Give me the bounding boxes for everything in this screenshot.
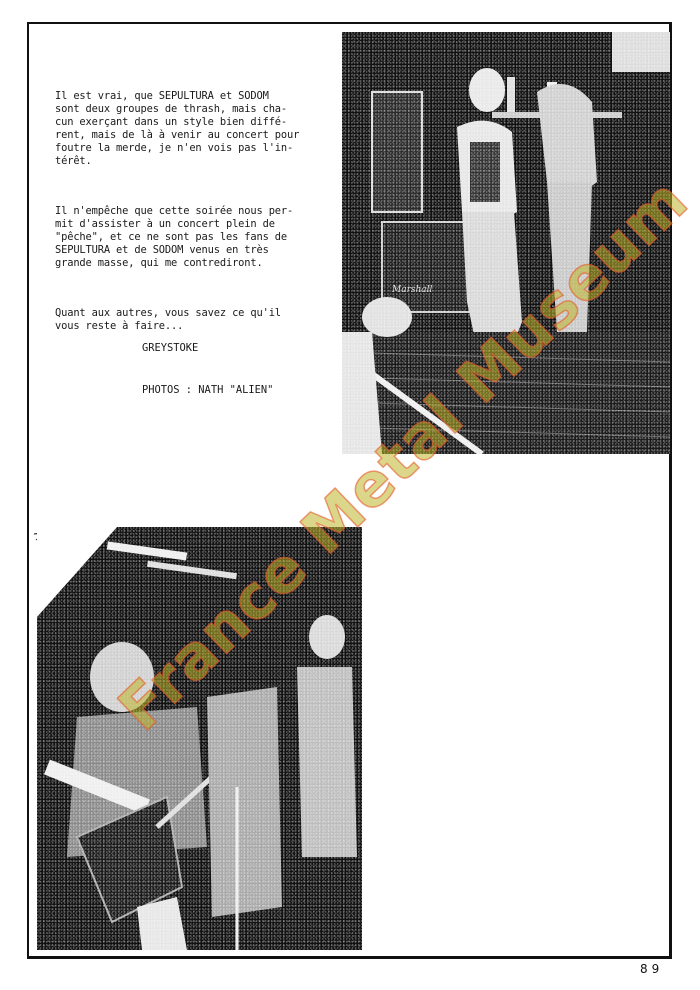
line: foutre la merde, je n'en vois pas l'in- [55,142,293,154]
credits: GREYSTOKE PHOTOS : NATH "ALIEN" [142,313,273,411]
line: térêt. [55,155,92,167]
photo-grain [342,32,670,454]
photo-grain [37,527,362,950]
page-number: 89 [640,962,663,976]
paragraph-2: Il n'empêche que cette soirée nous per- … [55,205,345,270]
line: SEPULTURA et de SODOM venus en très [55,244,269,256]
author-name: GREYSTOKE [142,341,273,355]
line: mit d'assister à un concert plein de [55,218,275,230]
line: grande masse, qui me contrediront. [55,257,263,269]
line: Il est vrai, que SEPULTURA et SODOM [55,90,269,102]
line: "pêche", et ce ne sont pas les fans de [55,231,287,243]
concert-photo-top: Marshall [342,32,670,454]
line: sont deux groupes de thrash, mais cha- [55,103,287,115]
line: rent, mais de là à venir au concert pour [55,129,299,141]
concert-photo-bottom [37,527,362,950]
photo-credit: PHOTOS : NATH "ALIEN" [142,383,273,397]
line: cun exerçant dans un style bien diffé- [55,116,287,128]
paragraph-1: Il est vrai, que SEPULTURA et SODOM sont… [55,90,345,168]
line: Il n'empêche que cette soirée nous per- [55,205,293,217]
